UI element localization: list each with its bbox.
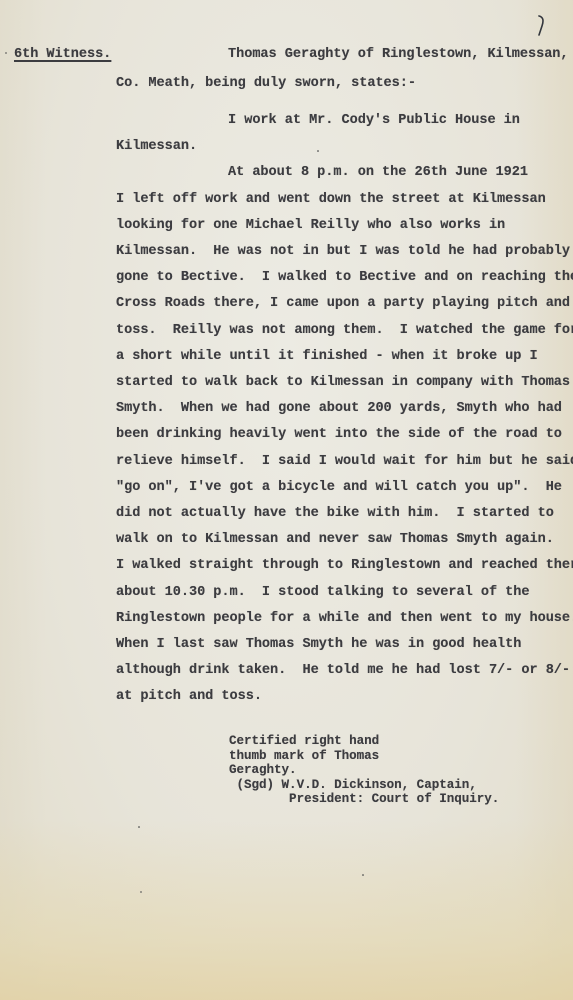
statement-line: started to walk back to Kilmessan in com… — [116, 375, 570, 391]
statement-line: been drinking heavily went into the side… — [116, 427, 562, 443]
statement-line: I walked straight through to Ringlestown… — [116, 558, 573, 574]
signature-line: (Sgd) W.V.D. Dickinson, Captain, — [229, 779, 477, 792]
statement-line: a short while until it finished - when i… — [116, 349, 538, 365]
statement-line: At about 8 p.m. on the 26th June 1921 — [228, 165, 528, 181]
statement-line: I left off work and went down the street… — [116, 192, 546, 208]
intro-line: Co. Meath, being duly sworn, states:- — [116, 76, 416, 92]
statement-line: "go on", I've got a bicycle and will cat… — [116, 480, 562, 496]
statement-line: did not actually have the bike with him.… — [116, 506, 554, 522]
statement-line: toss. Reilly was not among them. I watch… — [116, 323, 573, 339]
signature-line: Certified right hand — [229, 735, 379, 748]
statement-line: looking for one Michael Reilly who also … — [116, 218, 505, 234]
document-page: 6th Witness. Thomas Geraghty of Ringlest… — [0, 0, 573, 1000]
statement-line: Ringlestown people for a while and then … — [116, 611, 573, 627]
statement-line: Kilmessan. — [116, 139, 197, 155]
witness-heading: 6th Witness. — [14, 47, 111, 63]
statement-line: at pitch and toss. — [116, 689, 262, 705]
statement-line: Kilmessan. He was not in but I was told … — [116, 244, 570, 260]
page-number-mark — [536, 14, 546, 36]
statement-line: When I last saw Thomas Smyth he was in g… — [116, 637, 521, 653]
signature-line: thumb mark of Thomas — [229, 750, 379, 763]
signature-line: Geraghty. — [229, 764, 297, 777]
statement-line: Cross Roads there, I came upon a party p… — [116, 296, 570, 312]
statement-line: relieve himself. I said I would wait for… — [116, 454, 573, 470]
intro-line: Thomas Geraghty of Ringlestown, Kilmessa… — [228, 47, 569, 63]
signature-line: President: Court of Inquiry. — [229, 793, 499, 806]
statement-line: gone to Bective. I walked to Bective and… — [116, 270, 573, 286]
statement-line: Smyth. When we had gone about 200 yards,… — [116, 401, 562, 417]
statement-line: although drink taken. He told me he had … — [116, 663, 570, 679]
statement-line: I work at Mr. Cody's Public House in — [228, 113, 520, 129]
statement-line: about 10.30 p.m. I stood talking to seve… — [116, 585, 530, 601]
statement-line: walk on to Kilmessan and never saw Thoma… — [116, 532, 554, 548]
